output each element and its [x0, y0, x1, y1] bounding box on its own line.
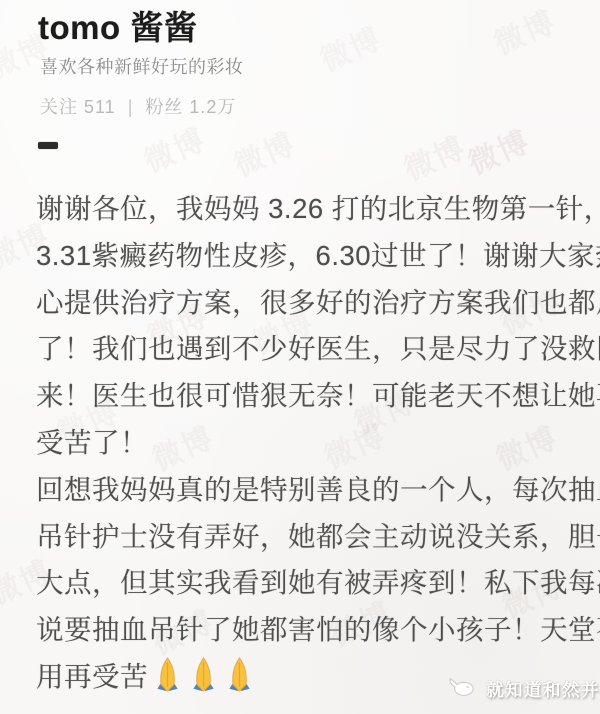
- post-body: 谢谢各位，我妈妈 3.26 打的北京生物第一针， 3.31紫癜药物性皮疹，6.3…: [36, 186, 584, 701]
- followers-stat[interactable]: 粉丝1.2万: [145, 97, 236, 117]
- post-text-line: 来！医生也很可惜狠无奈！可能老天不想让她再: [36, 373, 584, 420]
- weibo-watermark: 微博: [396, 123, 472, 189]
- channel-logo-icon: [447, 675, 479, 704]
- folded-hands-emoji: [223, 656, 256, 694]
- channel-watermark: 就知道和然并卵: [447, 675, 600, 704]
- post-text-line: 受苦了！: [36, 420, 584, 467]
- stats-separator: |: [128, 97, 134, 117]
- post-text-line: 谢谢各位，我妈妈 3.26 打的北京生物第一针，: [36, 186, 584, 233]
- followers-count: 1.2万: [189, 97, 236, 117]
- post-text-line: 回想我妈妈真的是特别善良的一个人，每次抽血: [36, 467, 584, 514]
- weibo-watermark: 微博: [136, 115, 212, 181]
- post-text-line: 说要抽血吊针了她都害怕的像个小孩子！天堂不: [36, 607, 584, 654]
- post-text-line: 大点，但其实我看到她有被弄疼到！私下我每次: [36, 560, 584, 607]
- weibo-watermark: 微博: [486, 0, 562, 63]
- following-label: 关注: [40, 97, 78, 117]
- weibo-watermark: 微博: [312, 14, 388, 80]
- folded-hands-emoji: [151, 656, 184, 694]
- profile-bio: 喜欢各种新鲜好玩的彩妆: [40, 53, 244, 79]
- post-text-line: 吊针护士没有弄好，她都会主动说没关系，胆子: [36, 514, 584, 561]
- folded-hands-emoji: [187, 656, 220, 694]
- following-count: 511: [84, 97, 116, 117]
- post-text-line: 了！我们也遇到不少好医生，只是尽力了没救回: [36, 326, 584, 373]
- weibo-post-screenshot: 微博 微博 微博 微博 微博 微博 微博 微博 微博 微博 微博 微博 微博 微…: [0, 0, 600, 714]
- post-text-line: 心提供治疗方案，很多好的治疗方案我们也都用: [36, 280, 584, 327]
- profile-stats: 关注511|粉丝1.2万: [40, 93, 236, 119]
- profile-name: tomo 酱酱: [38, 2, 197, 49]
- post-text-line: 3.31紫癜药物性皮疹，6.30过世了！谢谢大家热: [36, 233, 584, 280]
- channel-watermark-label: 就知道和然并卵: [486, 677, 600, 702]
- post-text: 用再受苦: [36, 661, 148, 692]
- weibo-watermark: 微博: [460, 117, 536, 183]
- weibo-watermark: 微博: [226, 119, 302, 185]
- following-stat[interactable]: 关注511: [40, 97, 116, 117]
- divider-dash: [38, 142, 58, 149]
- followers-label: 粉丝: [145, 97, 183, 117]
